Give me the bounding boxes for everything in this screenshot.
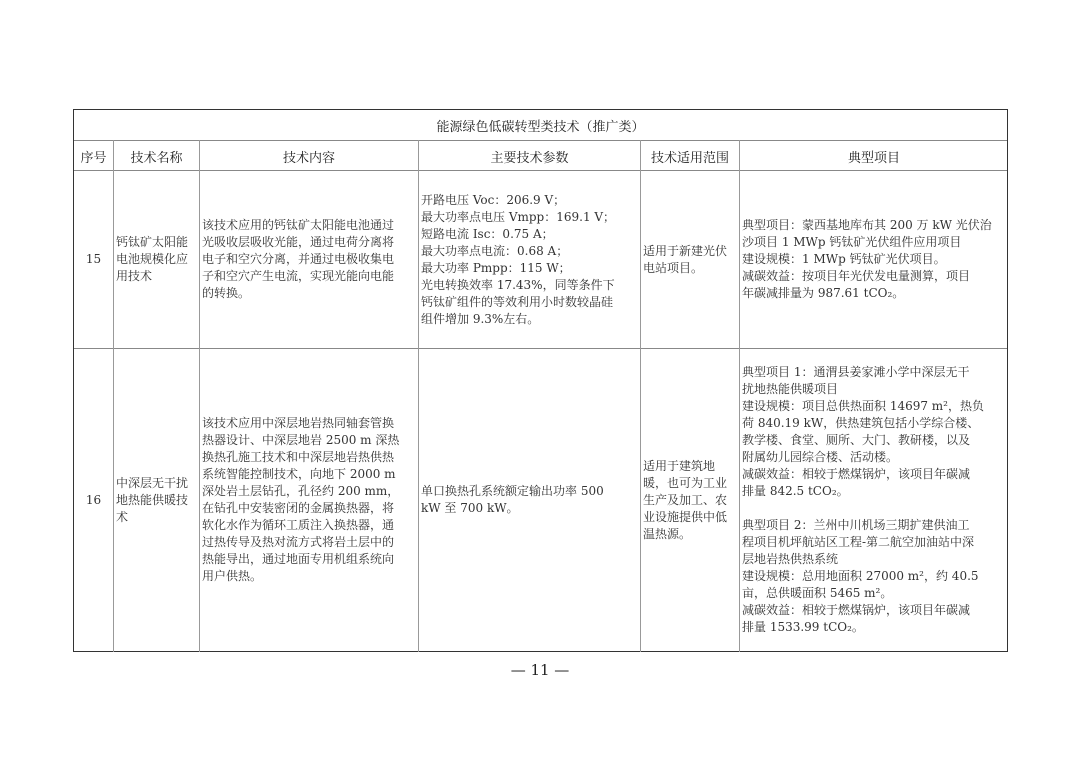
header-projects: 典型项目 bbox=[740, 141, 1008, 171]
table-title: 能源绿色低碳转型类技术（推广类） bbox=[74, 110, 1007, 141]
row-number: 15 bbox=[86, 251, 101, 268]
technology-table: 能源绿色低碳转型类技术（推广类） 序号 技术名称 技术内容 主要技术参数 技术适… bbox=[73, 109, 1008, 652]
tech-scope: 适用于建筑地 暖，也可为工业 生产及加工、农 业设施提供中低 温热源。 bbox=[643, 458, 727, 543]
tech-params: 开路电压 Voc：206.9 V； 最大功率点电压 Vmpp：169.1 V； … bbox=[421, 192, 615, 328]
row-number: 16 bbox=[86, 492, 101, 509]
typical-projects: 典型项目 1：通渭县姜家滩小学中深层无干 扰地热能供暖项目 建设规模：项目总供热… bbox=[742, 364, 984, 636]
header-content: 技术内容 bbox=[200, 141, 418, 171]
tech-name: 中深层无干扰 地热能供暖技 术 bbox=[116, 475, 188, 526]
page-number: — 11 — bbox=[0, 661, 1080, 679]
tech-content: 该技术应用中深层地岩热同轴套管换 热器设计、中深层地岩 2500 m 深热 换热… bbox=[202, 415, 399, 585]
tech-params: 单口换热孔系统额定输出功率 500 kW 至 700 kW。 bbox=[421, 483, 604, 517]
header-scope: 技术适用范围 bbox=[641, 141, 739, 171]
tech-scope: 适用于新建光伏 电站项目。 bbox=[643, 243, 727, 277]
tech-name: 钙钛矿太阳能 电池规模化应 用技术 bbox=[116, 234, 188, 285]
tech-content: 该技术应用的钙钛矿太阳能电池通过 光吸收层吸收光能，通过电荷分离将 电子和空穴分… bbox=[202, 217, 394, 302]
typical-projects: 典型项目：蒙西基地库布其 200 万 kW 光伏治 沙项目 1 MWp 钙钛矿光… bbox=[742, 217, 992, 302]
header-name: 技术名称 bbox=[114, 141, 199, 171]
header-params: 主要技术参数 bbox=[419, 141, 640, 171]
header-no: 序号 bbox=[74, 141, 113, 171]
